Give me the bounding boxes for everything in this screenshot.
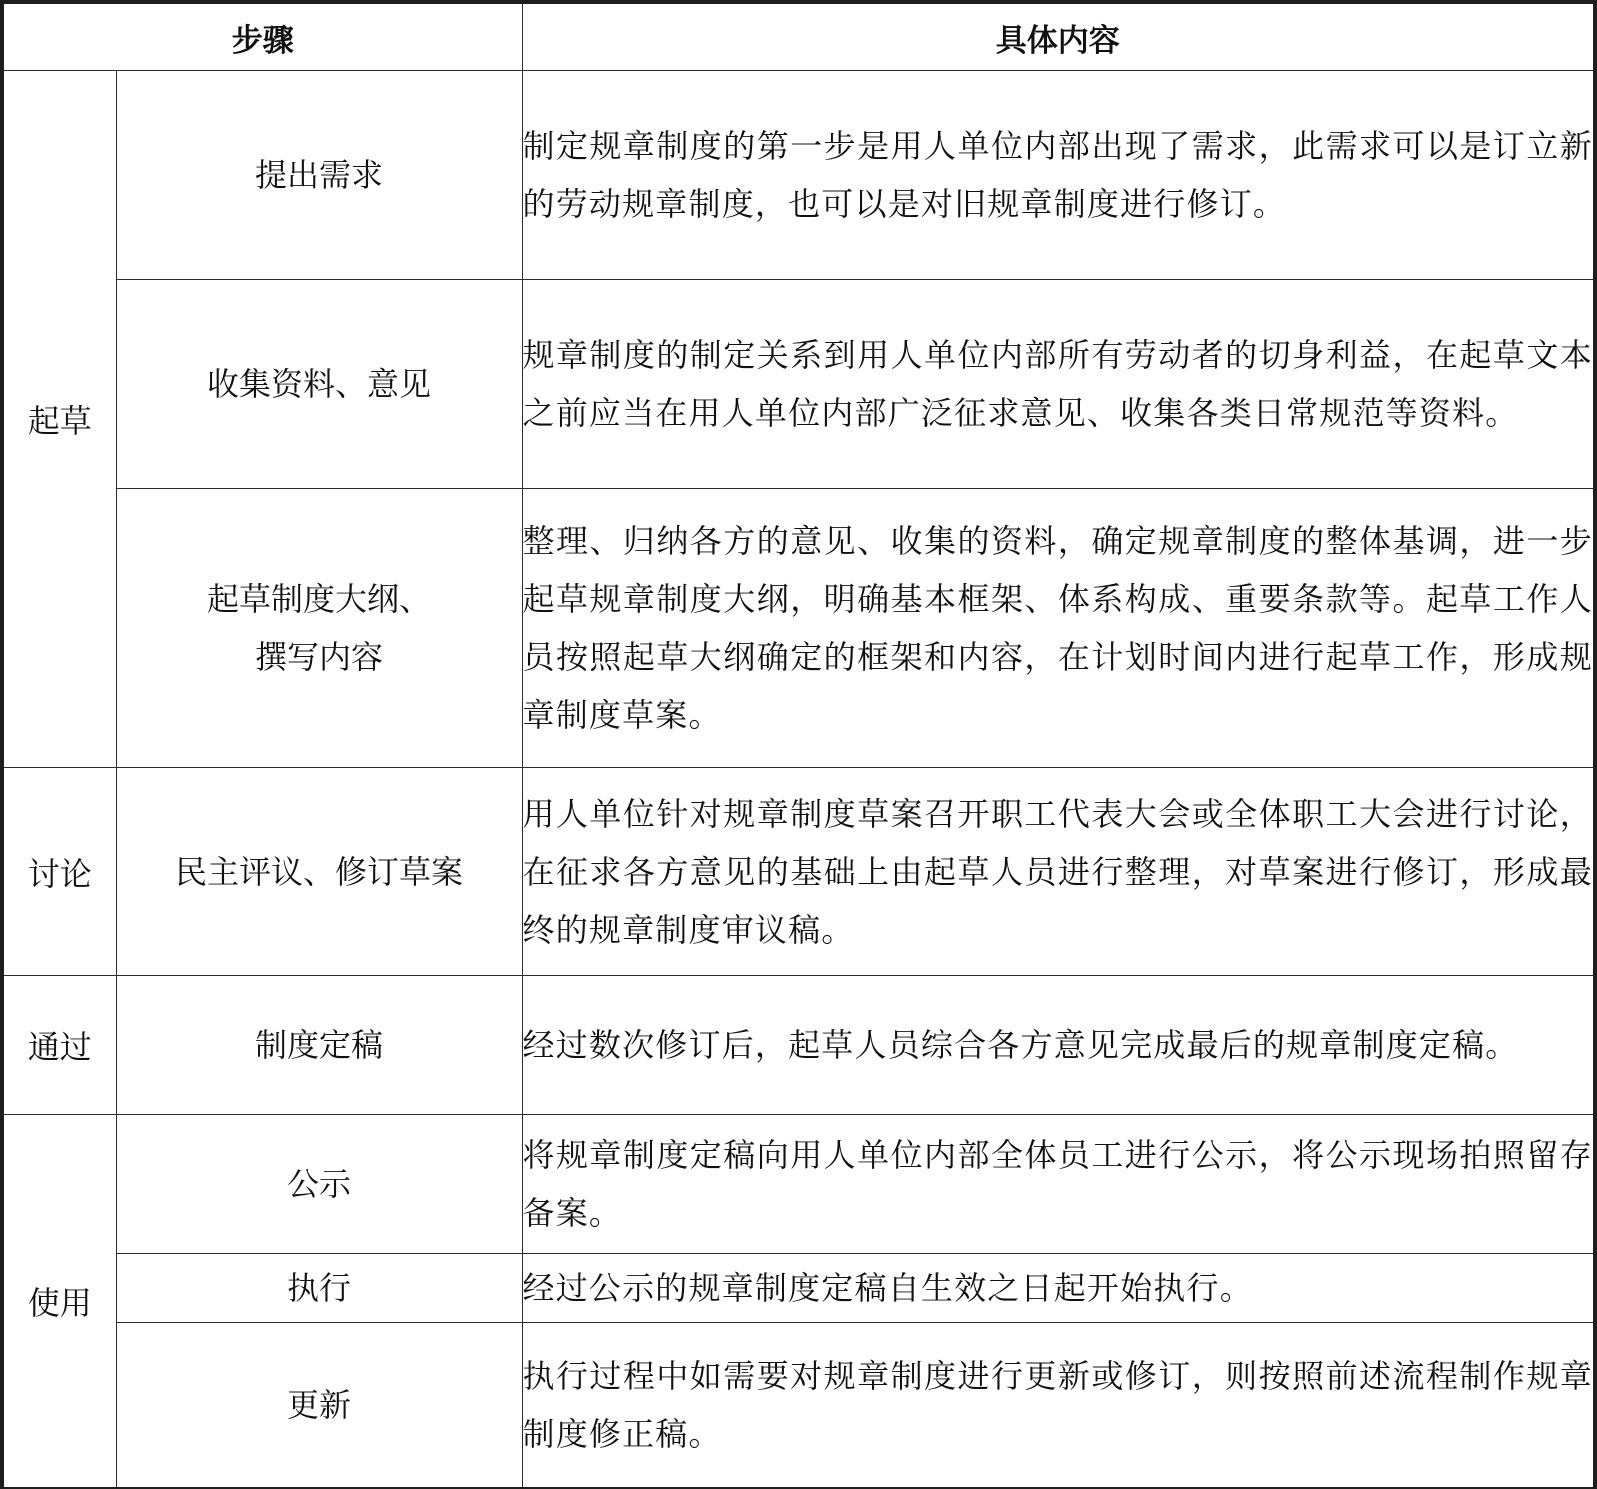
step-cell: 更新 xyxy=(116,1323,522,1489)
header-step: 步骤 xyxy=(2,2,522,71)
table-row: 起草 提出需求 制定规章制度的第一步是用人单位内部出现了需求，此需求可以是订立新… xyxy=(2,71,1595,280)
content-cell: 用人单位针对规章制度草案召开职工代表大会或全体职工大会进行讨论，在征求各方意见的… xyxy=(522,768,1595,976)
phase-drafting: 起草 xyxy=(2,71,116,768)
step-line: 起草制度大纲、 xyxy=(117,570,522,628)
step-cell: 起草制度大纲、 撰写内容 xyxy=(116,489,522,768)
header-row: 步骤 具体内容 xyxy=(2,2,1595,71)
phase-discussion: 讨论 xyxy=(2,768,116,976)
step-cell: 民主评议、修订草案 xyxy=(116,768,522,976)
table-row: 执行 经过公示的规章制度定稿自生效之日起开始执行。 xyxy=(2,1254,1595,1323)
content-cell: 规章制度的制定关系到用人单位内部所有劳动者的切身利益，在起草文本之前应当在用人单… xyxy=(522,280,1595,489)
phase-usage: 使用 xyxy=(2,1115,116,1489)
content-cell: 将规章制度定稿向用人单位内部全体员工进行公示，将公示现场拍照留存备案。 xyxy=(522,1115,1595,1254)
table-row: 通过 制度定稿 经过数次修订后，起草人员综合各方意见完成最后的规章制度定稿。 xyxy=(2,976,1595,1115)
step-cell: 收集资料、意见 xyxy=(116,280,522,489)
header-content: 具体内容 xyxy=(522,2,1595,71)
step-cell: 执行 xyxy=(116,1254,522,1323)
step-cell: 提出需求 xyxy=(116,71,522,280)
table-row: 使用 公示 将规章制度定稿向用人单位内部全体员工进行公示，将公示现场拍照留存备案… xyxy=(2,1115,1595,1254)
content-cell: 整理、归纳各方的意见、收集的资料，确定规章制度的整体基调，进一步起草规章制度大纲… xyxy=(522,489,1595,768)
content-cell: 经过公示的规章制度定稿自生效之日起开始执行。 xyxy=(522,1254,1595,1323)
table-row: 讨论 民主评议、修订草案 用人单位针对规章制度草案召开职工代表大会或全体职工大会… xyxy=(2,768,1595,976)
content-cell: 执行过程中如需要对规章制度进行更新或修订，则按照前述流程制作规章制度修正稿。 xyxy=(522,1323,1595,1489)
table-row: 收集资料、意见 规章制度的制定关系到用人单位内部所有劳动者的切身利益，在起草文本… xyxy=(2,280,1595,489)
step-cell: 公示 xyxy=(116,1115,522,1254)
table-row: 更新 执行过程中如需要对规章制度进行更新或修订，则按照前述流程制作规章制度修正稿… xyxy=(2,1323,1595,1489)
step-cell: 制度定稿 xyxy=(116,976,522,1115)
content-cell: 经过数次修订后，起草人员综合各方意见完成最后的规章制度定稿。 xyxy=(522,976,1595,1115)
regulation-steps-table: 步骤 具体内容 起草 提出需求 制定规章制度的第一步是用人单位内部出现了需求，此… xyxy=(0,0,1597,1489)
step-line: 撰写内容 xyxy=(117,628,522,686)
phase-approval: 通过 xyxy=(2,976,116,1115)
content-cell: 制定规章制度的第一步是用人单位内部出现了需求，此需求可以是订立新的劳动规章制度，… xyxy=(522,71,1595,280)
table-row: 起草制度大纲、 撰写内容 整理、归纳各方的意见、收集的资料，确定规章制度的整体基… xyxy=(2,489,1595,768)
